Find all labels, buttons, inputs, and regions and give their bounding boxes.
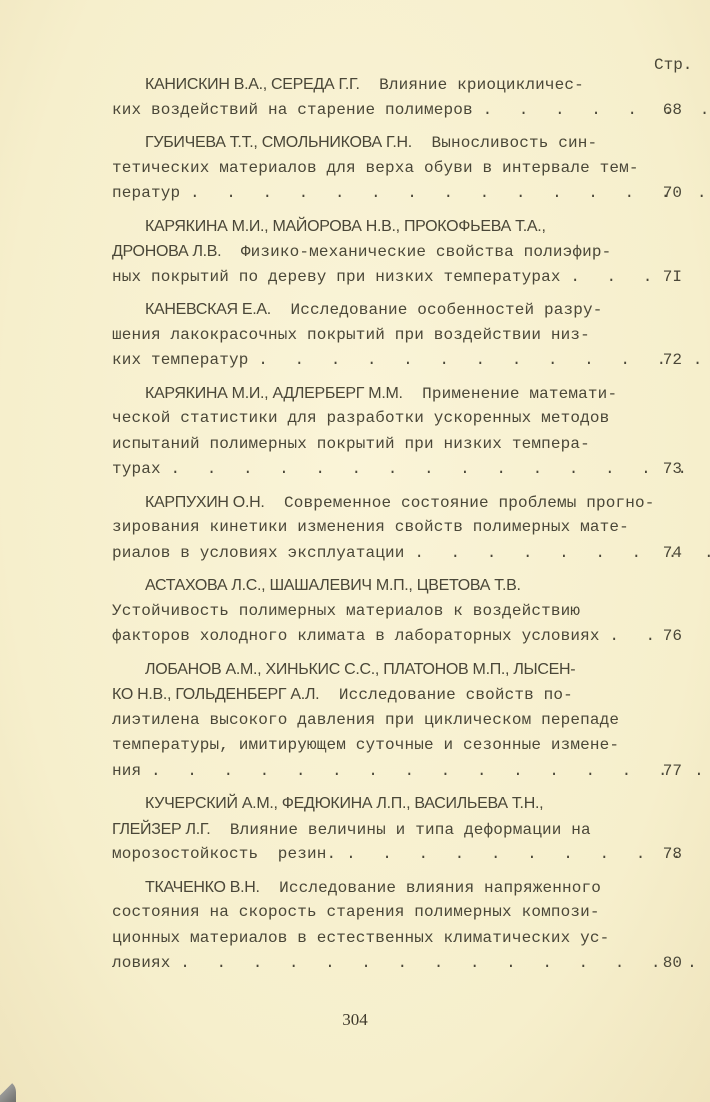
entry-page-number: 73 (642, 457, 682, 483)
toc-entry-line: ных покрытий по дереву при низких темпер… (112, 265, 642, 291)
entry-page-number: 78 (642, 842, 682, 868)
entry-title-text: морозостойкость резин. (112, 845, 336, 863)
toc-entry-line: ких воздействий на старение полимеров . … (112, 98, 642, 124)
entry-title-text: температуры, имитирующем суточные и сезо… (112, 736, 619, 754)
entry-authors: ЛОБАНОВ А.М., ХИНЬКИС С.С., ПЛАТОНОВ М.П… (145, 661, 575, 678)
entry-title-text: ционных материалов в естественных климат… (112, 929, 609, 947)
entry-title-text: Исследование влияния напряженного (260, 879, 601, 897)
entry-title-text: ператур (112, 184, 180, 202)
entry-authors: КАРЯКИНА М.И., МАЙОРОВА Н.В., ПРОКОФЬЕВА… (145, 218, 546, 235)
entry-page-number: 80 (642, 951, 682, 977)
toc-entry-line: ловиях . . . . . . . . . . . . . . . . .… (112, 951, 642, 977)
entry-authors: ГУБИЧЕВА Т.Т., СМОЛЬНИКОВА Г.Н. (145, 134, 412, 151)
entry-page-number: 76 (642, 624, 682, 650)
page-corner-shadow (0, 1080, 16, 1102)
entry-authors: КАНИСКИН В.А., СЕРЕДА Г.Г. (145, 76, 360, 93)
entry-title-text: факторов холодного климата в лабораторны… (112, 627, 600, 645)
toc-entry-line: Устойчивость полимерных материалов к воз… (112, 599, 642, 625)
toc-entry-line: турах . . . . . . . . . . . . . . . . . … (112, 457, 642, 483)
toc-entry-line: ТКАЧЕНКО В.Н. Исследование влияния напря… (112, 875, 642, 901)
dot-leader: . . . . . . . . . . . . . . . . . . . . … (151, 762, 710, 780)
toc-entry: КУЧЕРСКИЙ А.М., ФЕДЮКИНА Л.П., ВАСИЛЬЕВА… (112, 791, 682, 868)
entry-page-number: 70 (642, 181, 682, 207)
toc-entry-line: ния . . . . . . . . . . . . . . . . . . … (112, 759, 642, 785)
entry-authors: КАРПУХИН О.Н. (145, 494, 265, 511)
entry-title-text: Применение математи- (403, 385, 618, 403)
entry-authors: КАРЯКИНА М.И., АДЛЕРБЕРГ М.М. (145, 385, 403, 402)
entry-authors: КО Н.В., ГОЛЬДЕНБЕРГ А.Л. (112, 686, 319, 703)
toc-entry-line: морозостойкость резин. . . . . . . . . .… (112, 842, 642, 868)
entry-page-number: 72 (642, 348, 682, 374)
toc-entry-line: испытаний полимерных покрытий при низких… (112, 432, 642, 458)
toc-entry-line: КАНЕВСКАЯ Е.А. Исследование особенностей… (112, 297, 642, 323)
entry-title-text: ловиях (112, 954, 171, 972)
toc-entry: АСТАХОВА Л.С., ШАШАЛЕВИЧ М.П., ЦВЕТОВА Т… (112, 573, 682, 650)
entry-title-text: Современное состояние проблемы прогно- (265, 494, 655, 512)
toc-entry-line: ЛОБАНОВ А.М., ХИНЬКИС С.С., ПЛАТОНОВ М.П… (112, 657, 642, 683)
toc-entry: КАНИСКИН В.А., СЕРЕДА Г.Г. Влияние криоц… (112, 72, 682, 123)
toc-entry-line: ких температур . . . . . . . . . . . . .… (112, 348, 642, 374)
toc-entry-line: АСТАХОВА Л.С., ШАШАЛЕВИЧ М.П., ЦВЕТОВА Т… (112, 573, 642, 599)
entry-authors: КУЧЕРСКИЙ А.М., ФЕДЮКИНА Л.П., ВАСИЛЬЕВА… (145, 795, 543, 812)
entry-title-text: состояния на скорость старения полимерны… (112, 903, 600, 921)
entry-title-text: испытаний полимерных покрытий при низких… (112, 435, 590, 453)
document-page: Стр. КАНИСКИН В.А., СЕРЕДА Г.Г. Влияние … (0, 0, 710, 1102)
toc-entry-line: КАРЯКИНА М.И., МАЙОРОВА Н.В., ПРОКОФЬЕВА… (112, 214, 642, 240)
entry-title-text: шения лакокрасочных покрытий при воздейс… (112, 326, 590, 344)
toc-entry: КАРЯКИНА М.И., АДЛЕРБЕРГ М.М. Применение… (112, 381, 682, 483)
entry-authors: АСТАХОВА Л.С., ШАШАЛЕВИЧ М.П., ЦВЕТОВА Т… (145, 577, 521, 594)
toc-entry-line: ГУБИЧЕВА Т.Т., СМОЛЬНИКОВА Г.Н. Вынослив… (112, 130, 642, 156)
toc-entry: ЛОБАНОВ А.М., ХИНЬКИС С.С., ПЛАТОНОВ М.П… (112, 657, 682, 785)
toc-entry-line: ДРОНОВА Л.В. Физико-механические свойств… (112, 239, 642, 265)
entry-page-number: 7I (642, 265, 682, 291)
toc-entry-line: риалов в условиях эксплуатации . . . . .… (112, 541, 642, 567)
entry-page-number: 74 (642, 541, 682, 567)
entry-title-text: турах (112, 460, 161, 478)
toc-entry-line: КО Н.В., ГОЛЬДЕНБЕРГ А.Л. Исследование с… (112, 682, 642, 708)
toc-entry: КАНЕВСКАЯ Е.А. Исследование особенностей… (112, 297, 682, 374)
toc-entry: КАРЯКИНА М.И., МАЙОРОВА Н.В., ПРОКОФЬЕВА… (112, 214, 682, 291)
toc-entry-line: ператур . . . . . . . . . . . . . . . . … (112, 181, 642, 207)
dot-leader: . . . . . . . . . . . . . . . . . . . . … (171, 460, 710, 478)
entry-title-text: ных покрытий по дереву при низких темпер… (112, 268, 561, 286)
toc-entry: ГУБИЧЕВА Т.Т., СМОЛЬНИКОВА Г.Н. Вынослив… (112, 130, 682, 207)
table-of-contents: КАНИСКИН В.А., СЕРЕДА Г.Г. Влияние криоц… (112, 72, 682, 984)
entry-title-text: Исследование свойств по- (319, 686, 573, 704)
toc-entry-line: ционных материалов в естественных климат… (112, 926, 642, 952)
entry-title-text: Влияние криоцикличес- (360, 76, 584, 94)
entry-title-text: ния (112, 762, 141, 780)
page-number: 304 (0, 1010, 710, 1030)
toc-entry-line: КУЧЕРСКИЙ А.М., ФЕДЮКИНА Л.П., ВАСИЛЬЕВА… (112, 791, 642, 817)
entry-authors: КАНЕВСКАЯ Е.А. (145, 301, 271, 318)
entry-page-number: 77 (642, 759, 682, 785)
dot-leader: . . . . . . . . . . . . . . . . . . . . … (190, 184, 710, 202)
entry-title-text: Выносливость син- (412, 134, 597, 152)
toc-entry: КАРПУХИН О.Н. Современное состояние проб… (112, 490, 682, 567)
entry-title-text: ких воздействий на старение полимеров (112, 101, 473, 119)
entry-title-text: ческой статистики для разработки ускорен… (112, 409, 609, 427)
entry-title-text: зирования кинетики изменения свойств пол… (112, 518, 629, 536)
toc-entry-line: ГЛЕЙЗЕР Л.Г. Влияние величины и типа деф… (112, 817, 642, 843)
toc-entry-line: лиэтилена высокого давления при цикличес… (112, 708, 642, 734)
entry-authors: ГЛЕЙЗЕР Л.Г. (112, 821, 210, 838)
entry-title-text: Исследование особенностей разру- (271, 301, 603, 319)
toc-entry-line: шения лакокрасочных покрытий при воздейс… (112, 323, 642, 349)
entry-title-text: тетических материалов для верха обуви в … (112, 159, 639, 177)
toc-entry-line: состояния на скорость старения полимерны… (112, 900, 642, 926)
entry-title-text: лиэтилена высокого давления при цикличес… (112, 711, 619, 729)
dot-leader: . . . . . . . . . . . . . . . . . . . . … (180, 954, 710, 972)
toc-entry: ТКАЧЕНКО В.Н. Исследование влияния напря… (112, 875, 682, 977)
entry-authors: ДРОНОВА Л.В. (112, 243, 221, 260)
entry-page-number: 68 (642, 98, 682, 124)
entry-title-text: Влияние величины и типа деформации на (210, 821, 590, 839)
toc-entry-line: КАРЯКИНА М.И., АДЛЕРБЕРГ М.М. Применение… (112, 381, 642, 407)
entry-title-text: Устойчивость полимерных материалов к воз… (112, 602, 580, 620)
entry-title-text: Физико-механические свойства полиэфир- (221, 243, 611, 261)
toc-entry-line: тетических материалов для верха обуви в … (112, 156, 642, 182)
entry-authors: ТКАЧЕНКО В.Н. (145, 879, 260, 896)
toc-entry-line: факторов холодного климата в лабораторны… (112, 624, 642, 650)
entry-title-text: риалов в условиях эксплуатации (112, 544, 405, 562)
toc-entry-line: КАНИСКИН В.А., СЕРЕДА Г.Г. Влияние криоц… (112, 72, 642, 98)
toc-entry-line: температуры, имитирующем суточные и сезо… (112, 733, 642, 759)
toc-entry-line: КАРПУХИН О.Н. Современное состояние проб… (112, 490, 642, 516)
toc-entry-line: зирования кинетики изменения свойств пол… (112, 515, 642, 541)
entry-title-text: ких температур (112, 351, 249, 369)
toc-entry-line: ческой статистики для разработки ускорен… (112, 406, 642, 432)
